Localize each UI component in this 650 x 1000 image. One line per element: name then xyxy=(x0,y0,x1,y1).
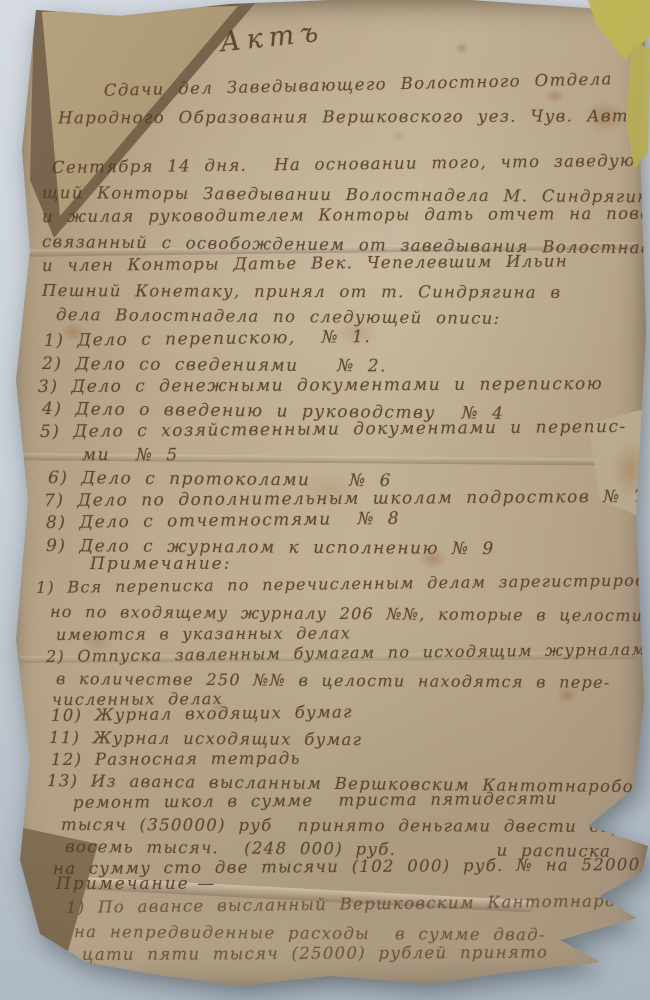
note-1: 1) Вся переписка по перечисленным делам … xyxy=(36,576,650,647)
photo-of-document: Актъ Сдачи дел Заведывающего Волостного … xyxy=(0,0,650,1000)
additional-items: 10) Журнал входящих бумаг11) Журнал исхо… xyxy=(45,705,650,879)
document-header-lines: Сдачи дел Заведывающего Волостного Отдел… xyxy=(58,71,650,132)
paper-wrapper: Актъ Сдачи дел Заведывающего Волостного … xyxy=(0,0,650,1000)
document-paper: Актъ Сдачи дел Заведывающего Волостного … xyxy=(0,0,650,1000)
opening-paragraph: Сентября 14 дня. На основании того, что … xyxy=(42,156,650,328)
handwritten-line: 3) Дело с денежными документами и перепи… xyxy=(38,372,646,398)
handwritten-line: ми № 5 xyxy=(82,444,646,469)
handwritten-line: ремонт школ в сумме триста пятидесяти xyxy=(73,787,650,814)
handwritten-line: Народного Образования Вершковского уез. … xyxy=(58,102,650,131)
inventory-list: 1) Дело с перепискою, № 1.2) Дело со све… xyxy=(38,330,646,558)
handwritten-line: и член Конторы Датье Век. Чепелевшим Иль… xyxy=(42,248,650,278)
stain xyxy=(455,42,469,54)
note-heading: Примечание: xyxy=(90,554,231,574)
handwritten-line: цати пяти тысяч (25000) рублей принято xyxy=(82,940,650,966)
second-note-heading: Примечание — xyxy=(56,874,216,894)
handwritten-line: и жилая руководителем Конторы дать отчет… xyxy=(42,202,650,230)
stain xyxy=(390,130,406,142)
handwritten-line: Сентября 14 дня. На основании того, что … xyxy=(52,148,650,180)
closing-lines: 1) По авансе высланный Вершковским Канто… xyxy=(66,896,650,967)
handwritten-line: 12) Разносная тетрадь xyxy=(51,745,650,770)
handwritten-line: тысяч (350000) руб принято деньгами двес… xyxy=(61,814,650,838)
handwritten-line: Пешний Конетаку, принял от т. Синдрягина… xyxy=(42,279,650,306)
handwritten-line: 5) Дело с хозяйственными документами и п… xyxy=(40,416,646,444)
